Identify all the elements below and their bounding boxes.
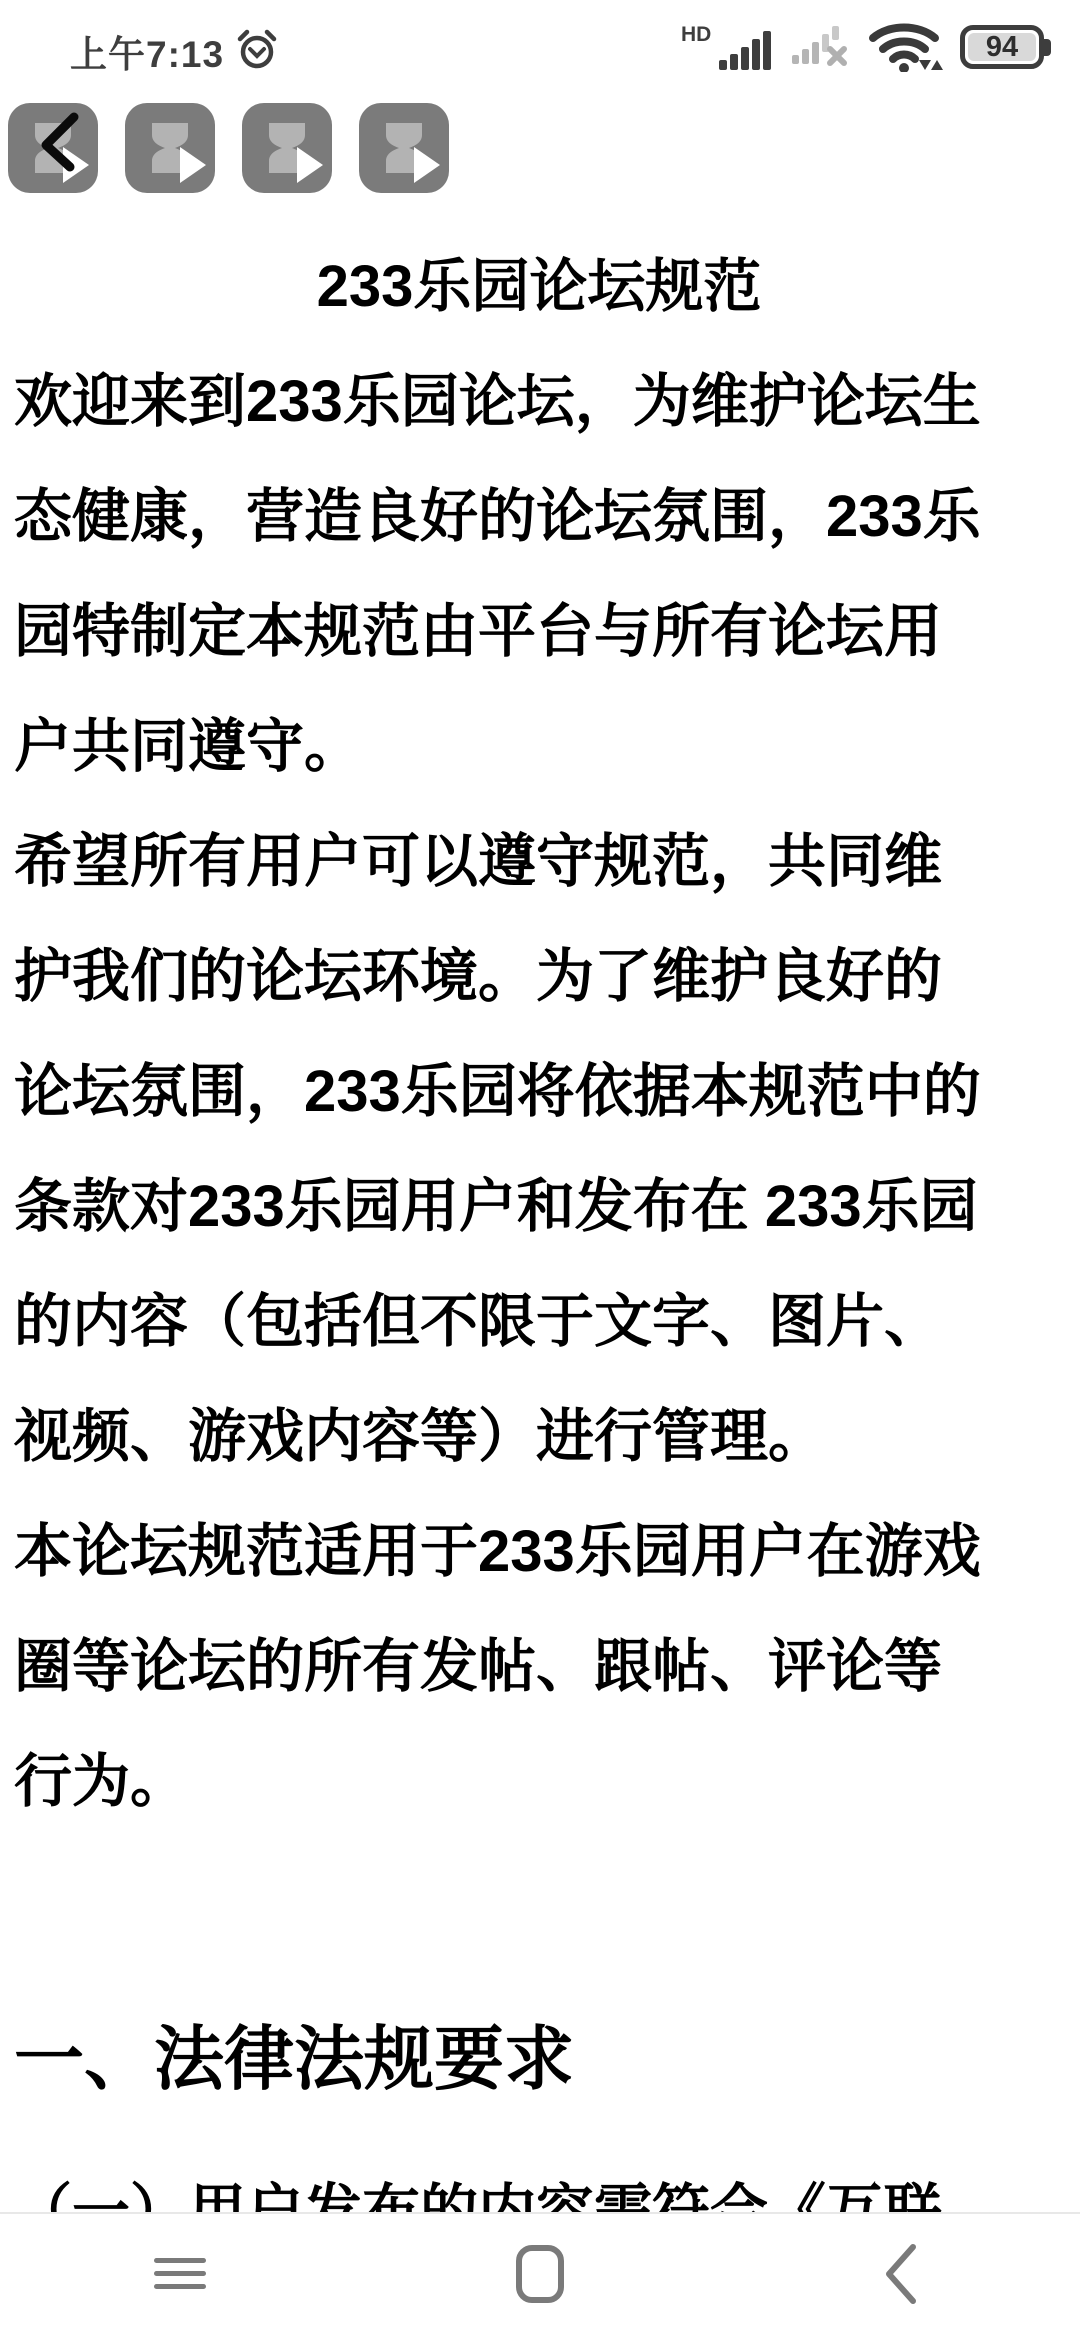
- doc-line: 态健康，营造良好的论坛氛围，233乐: [14, 459, 1064, 574]
- cellular-signal-full-icon: HD: [681, 24, 775, 70]
- doc-line: 欢迎来到233乐园论坛，为维护论坛生: [14, 344, 1064, 459]
- doc-line: 视频、游戏内容等）进行管理。: [14, 1379, 1064, 1494]
- hourglass-play-button-4[interactable]: [359, 103, 449, 193]
- clock-time: 上午7:13: [70, 24, 224, 78]
- android-nav-bar: [0, 2238, 1080, 2310]
- hourglass-play-button-3[interactable]: [242, 103, 332, 193]
- hourglass-play-button-2[interactable]: [125, 103, 215, 193]
- hourglass-play-button-1[interactable]: [8, 103, 98, 193]
- doc-line: 本论坛规范适用于233乐园用户在游戏: [14, 1494, 1064, 1609]
- battery-nub: [1044, 39, 1051, 56]
- section-heading: 一、法律法规要求: [14, 2016, 574, 2102]
- floating-buttons: [8, 103, 449, 193]
- status-bar-left: 上午7:13: [70, 24, 280, 78]
- battery-percent: 94: [965, 30, 1039, 64]
- cellular-signal-none-x-icon: [792, 23, 850, 72]
- doc-line: 护我们的论坛环境。为了维护良好的: [14, 919, 1064, 1034]
- wifi-with-traffic-arrows-icon: [867, 18, 943, 77]
- home-button[interactable]: [360, 2238, 720, 2310]
- doc-line: 条款对233乐园用户和发布在 233乐园: [14, 1149, 1064, 1264]
- back-button[interactable]: [720, 2238, 1080, 2310]
- doc-line: 论坛氛围，233乐园将依据本规范中的: [14, 1034, 1064, 1149]
- menu-icon: [154, 2258, 206, 2290]
- document: 233乐园论坛规范 欢迎来到233乐园论坛，为维护论坛生 态健康，营造良好的论坛…: [14, 229, 1064, 1839]
- clipped-text-region: （一）用户发布的内容需符合《互联: [0, 2180, 1080, 2214]
- hd-badge: HD: [681, 23, 711, 47]
- page-title: 233乐园论坛规范: [14, 229, 1064, 344]
- status-bar: 上午7:13 HD: [0, 0, 1080, 84]
- alarm-clock-icon: [234, 26, 280, 77]
- menu-button[interactable]: [0, 2238, 360, 2310]
- doc-line-clipped: （一）用户发布的内容需符合《互联: [0, 2180, 1080, 2214]
- doc-line: 户共同遵守。: [14, 689, 1064, 804]
- doc-line: 希望所有用户可以遵守规范，共同维: [14, 804, 1064, 919]
- doc-line: 行为。: [14, 1724, 1064, 1839]
- back-icon: [883, 2243, 917, 2305]
- battery-indicator: 94: [960, 25, 1044, 69]
- home-icon: [515, 2244, 565, 2304]
- status-bar-right: HD: [681, 24, 1044, 70]
- doc-line: 园特制定本规范由平台与所有论坛用: [14, 574, 1064, 689]
- phone-screen: 上午7:13 HD: [0, 0, 1080, 2340]
- doc-line: 圈等论坛的所有发帖、跟帖、评论等: [14, 1609, 1064, 1724]
- doc-line: 的内容（包括但不限于文字、图片、: [14, 1264, 1064, 1379]
